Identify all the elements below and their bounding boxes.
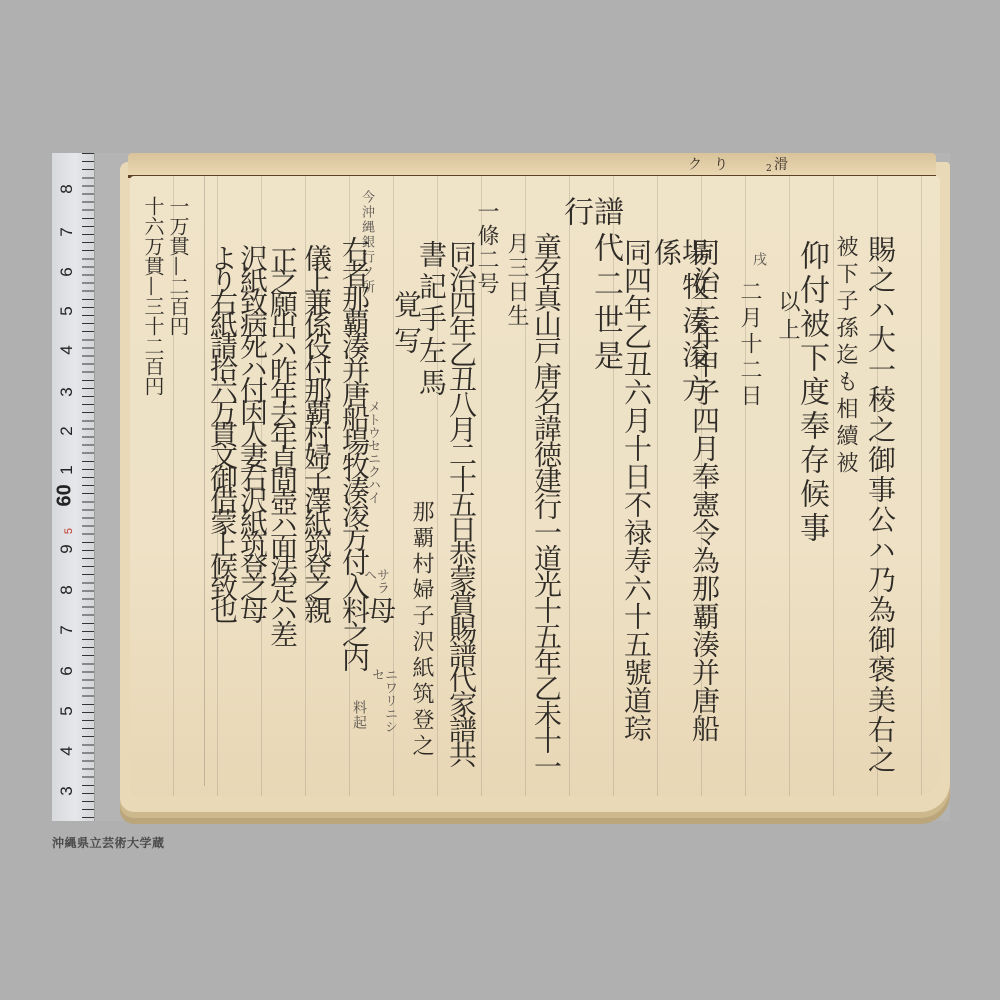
ruler-label: 8 (57, 180, 77, 198)
ruler-label: 6 (57, 662, 77, 680)
furigana-annotation: メトウセニクハイ (366, 400, 379, 510)
ruler-label: 7 (57, 621, 77, 639)
text-column: 賜之ハ大一稜之御事公ハ乃為御褒美右之 (866, 235, 894, 795)
ruler-label: 8 (57, 581, 77, 599)
text-column: 覚写 (392, 290, 420, 390)
inline-note: 母 (366, 596, 394, 628)
text-column: 沢紙致病死ハ付因人妻右沢紙筑登之母 (238, 244, 266, 804)
ruler-label-red: 5 (63, 522, 75, 540)
text-column: 戌 (752, 252, 766, 282)
margin-note-line: 十六万貫—三十二百円 (143, 196, 163, 436)
top-page-scrawl: 2 (766, 164, 772, 174)
page-margin-line (204, 176, 205, 786)
top-page-edge (128, 153, 936, 178)
top-page-scrawl: ク (688, 154, 702, 174)
text-column: 同治四年乙丑八月二十五日恭蒙賞賜譜代家譜共 (447, 240, 475, 800)
ruler-label: 5 (57, 302, 77, 320)
ruler-label: 6 (57, 263, 77, 281)
text-column: 月三日生 (505, 232, 527, 332)
text-column: 儀上兼係役付那覇村婦子澤紙筑登之親 (302, 244, 330, 804)
text-column: 一條二号 (475, 200, 497, 300)
text-column: 正之願出ハ昨年去年貞間壺ハ面法定ハ差 (268, 246, 296, 806)
ruler-label-60: 60 (54, 489, 77, 507)
heading-column: 譜代二世是行 (560, 196, 620, 396)
text-column: 那覇村婦子沢紙筑登之 (410, 500, 432, 790)
ruler-label: 3 (57, 782, 77, 800)
margin-note-line: 一万貫—二百円 (168, 196, 188, 406)
ruler-label: 4 (57, 341, 77, 359)
text-column: 場牧湊浚方係 (652, 238, 708, 438)
ruler-ticks (78, 153, 94, 821)
ruler-label: 2 (57, 422, 77, 440)
text-column: 以上 (776, 290, 798, 370)
furigana-annotation: ニワリニシセ (370, 668, 396, 738)
text-column: 同四年乙丑六月十日不禄寿六十五號道琮 (622, 238, 650, 778)
ruler-label: 9 (57, 540, 77, 558)
ruler-label: 4 (57, 742, 77, 760)
furigana-annotation: サラヘ (362, 568, 388, 598)
text-column: 童名真山戸唐名諱徳建行一道光十五年乙未十一 (532, 232, 560, 812)
date-column: 二月十二日 (738, 280, 760, 410)
inline-note: 料起 (352, 700, 366, 740)
measuring-ruler: 8 7 6 5 4 3 2 1 60 5 9 8 7 6 5 4 3 (52, 153, 95, 821)
collection-caption: 沖縄県立芸術大学蔵 (52, 834, 165, 851)
ruler-label: 7 (57, 223, 77, 241)
top-page-scrawl: り (714, 154, 728, 174)
text-column: より右紙請拾六万貫文御借蒙上候致也 (208, 244, 236, 804)
text-column: 仰付被下度奉存候事 (796, 240, 826, 580)
ruler-label: 1 (57, 461, 77, 479)
ruler-label: 3 (57, 383, 77, 401)
ruler-label: 5 (57, 702, 77, 720)
top-page-scrawl: 滑 (774, 154, 788, 174)
text-column: 被下子孫迄も相續被 (834, 235, 856, 535)
